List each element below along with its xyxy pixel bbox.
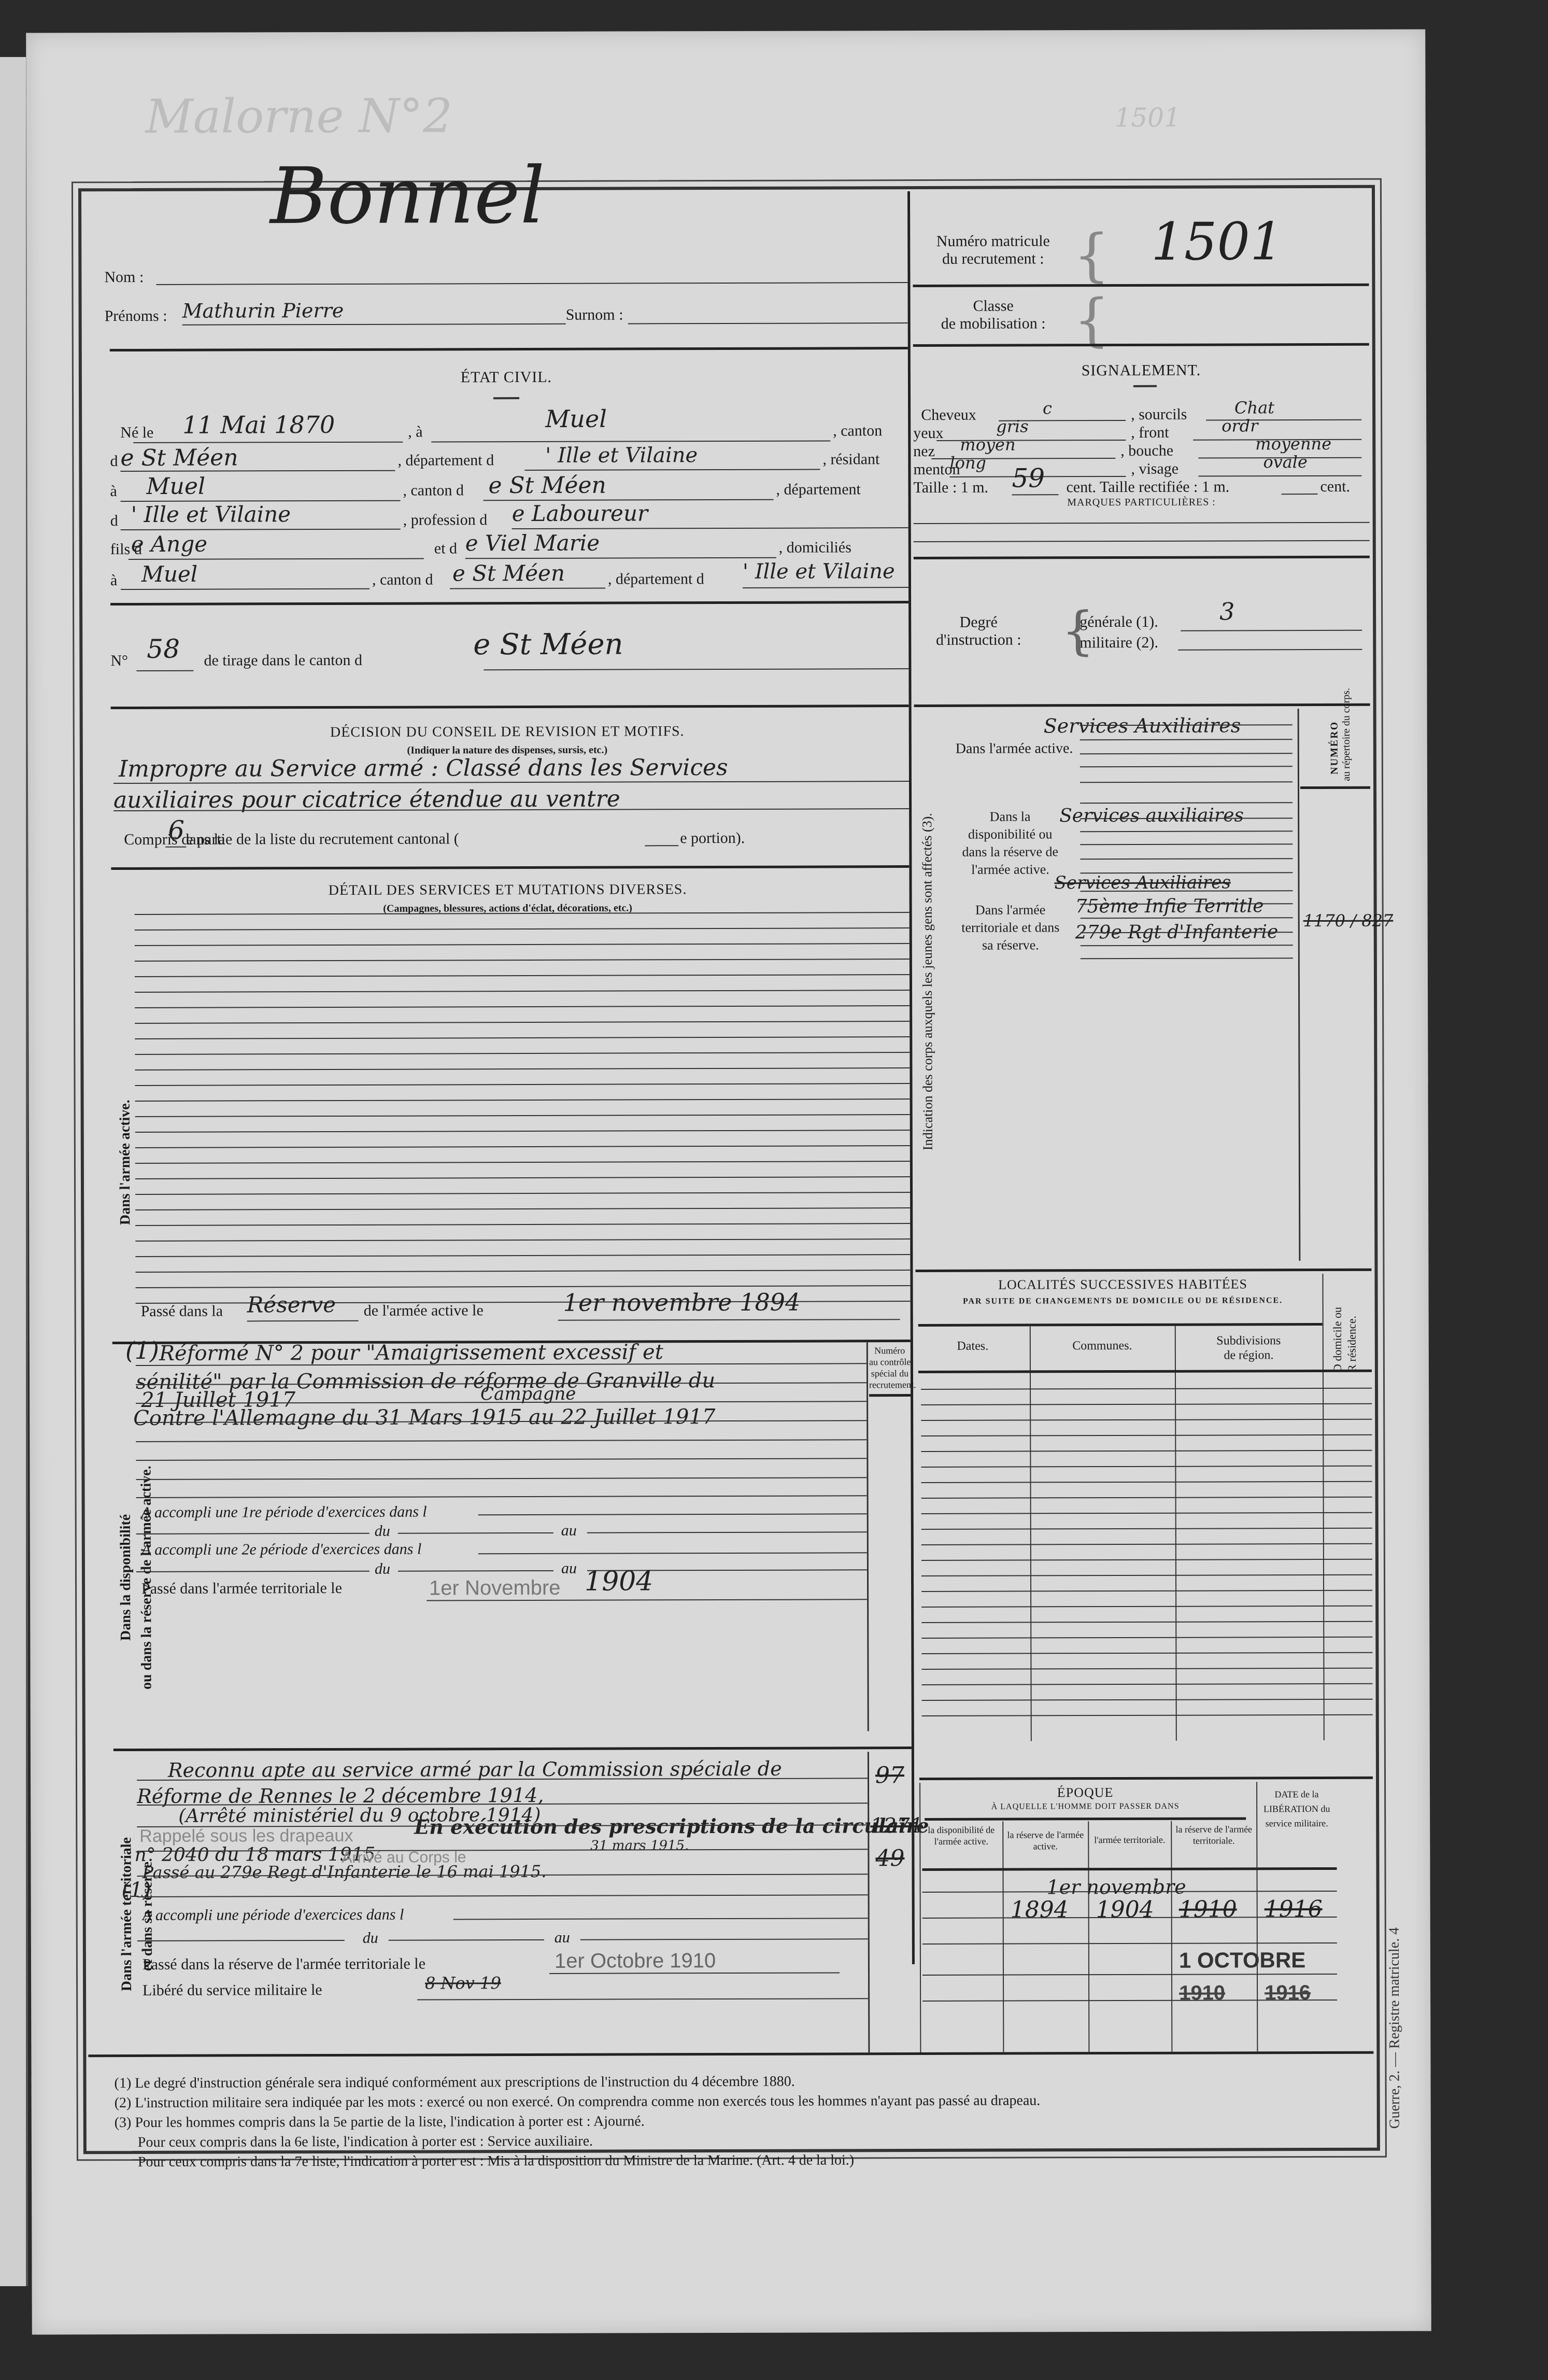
date-liberation-col: DATE de la LIBÉRATION du service militai… (1258, 1787, 1336, 1830)
passe-reserve-territoriale-label: Passé dans la réserve de l'armée territo… (143, 1955, 425, 1974)
canton-label: , canton (833, 422, 882, 440)
col-domicile-residence: D domicile ou R résidence. (1330, 1279, 1359, 1372)
title-rule (493, 397, 519, 399)
au-label: au (561, 1522, 577, 1540)
col-subdivisions-line1: Subdivisions (1177, 1333, 1320, 1348)
col-communes: Communes. (1032, 1339, 1172, 1354)
periode1-label: A accompli une 1re période d'exercices d… (141, 1503, 427, 1522)
bouche-value: moyenne (1255, 434, 1331, 454)
localites-subtitle: PAR SUITE DE CHANGEMENTS DE DOMICILE OU … (916, 1296, 1330, 1306)
au-label: au (561, 1560, 577, 1578)
epoque-year-reserve-active: 1894 (1011, 1896, 1069, 1923)
tirage-canton-value: e St Méen (473, 628, 623, 662)
mere-value: e Viel Marie (465, 530, 600, 556)
lieu-naissance-value: Muel (545, 405, 607, 433)
numero-controle-label: Numéro au contrôle spécial du recrutemen… (869, 1345, 911, 1390)
front-value: ordr (1222, 416, 1258, 435)
instruction-generale-value: 3 (1219, 597, 1234, 625)
side-label-line1: Dans la disponibilité (118, 1514, 134, 1641)
disponibilite-line-4: Contre l'Allemagne du 31 Mars 1915 au 22… (133, 1405, 715, 1430)
col-subdivisions-line2: de région. (1177, 1348, 1320, 1363)
registre-matricule-margin: Guerre, 2. — Registre matricule. 4 (1386, 1766, 1403, 2129)
au-label: au (555, 1929, 570, 1947)
degre-label-line1: Degré (919, 613, 1038, 631)
numero-controle-line3: spécial du (869, 1368, 911, 1379)
brace: { (1073, 222, 1110, 288)
territoriale-marker: (1) (122, 1878, 151, 1902)
territoriale-line-6: Passé au 279e Regt d'Infanterie le 16 ma… (142, 1862, 546, 1882)
disponibilite-marker: (1) (125, 1336, 159, 1364)
yeux-value: gris (996, 416, 1029, 436)
compris-suffix: e partie de la liste du recrutement cant… (186, 830, 459, 848)
footnote-2: (2) L'instruction militaire sera indiqué… (115, 2092, 1041, 2111)
register-sheet: Malorne N°2 1501 Bonnel Nom : Prénoms : … (26, 29, 1431, 2334)
side-label-line2: ou dans la réserve de l'armée active. (138, 1466, 154, 1689)
footnote-4: Pour ceux compris dans la 6e liste, l'in… (138, 2133, 593, 2151)
passe-territoriale-stamp: 1er Novembre (429, 1576, 561, 1600)
periode-label: A accompli une période d'exercices dans … (143, 1906, 404, 1924)
classe-label-line2: de mobilisation : (913, 315, 1074, 333)
departement-value: ' Ille et Vilaine (545, 443, 698, 468)
epoque-col-reserve-territoriale: la réserve de l'armée territoriale. (1172, 1823, 1255, 1846)
epoque-year-territoriale: 1904 (1096, 1896, 1154, 1923)
epoque-stamp-year-4: 1910 (1179, 1981, 1225, 2005)
etat-civil-title: ÉTAT CIVIL. (105, 368, 908, 387)
sourcils-value: Chat (1234, 398, 1274, 417)
visage-value: ovale (1263, 452, 1308, 472)
epoque-handwritten-day: 1er novembre (1047, 1876, 1186, 1899)
affectation-dispo-value: Services auxiliaires (1059, 805, 1244, 826)
passe-territoriale-label: Passé dans l'armée territoriale le (141, 1580, 342, 1598)
departement-label: , département d (608, 570, 704, 588)
epoque-stamp-year-5: 1916 (1265, 1981, 1311, 2005)
cheveux-label: Cheveux (921, 406, 976, 424)
surnom-label: Surnom : (566, 306, 623, 324)
pere-value: e Ange (131, 531, 207, 557)
numero-controle-line2: au contrôle (869, 1356, 911, 1368)
faint-pencil-note: Malorne N°2 (145, 89, 452, 144)
title-rule (1133, 385, 1157, 387)
col-dates: Dates. (918, 1339, 1027, 1354)
periode2-label: A accompli une 2e période d'exercices da… (141, 1541, 422, 1559)
numero-matricule-label-line1: Numéro matricule (913, 232, 1073, 250)
nom-label: Nom : (104, 269, 144, 286)
facing-page-edge (0, 57, 28, 2286)
cheveux-value: c (1043, 398, 1052, 418)
numero-controle-line1: Numéro (869, 1345, 911, 1356)
territoriale-numero-2: 1271 (870, 1814, 923, 1838)
decision-title: DÉCISION DU CONSEIL DE REVISION ET MOTIF… (106, 723, 909, 741)
passe-reserve-suffix: de l'armée active le (364, 1302, 484, 1320)
underline (136, 670, 193, 671)
decision-line-1: Impropre au Service armé : Classé dans l… (119, 754, 728, 782)
services-title: DÉTAIL DES SERVICES ET MUTATIONS DIVERSE… (106, 881, 909, 899)
affectation-side-label: Indication des corps auxquels les jeunes… (919, 736, 936, 1150)
marques-particulieres-title: MARQUES PARTICULIÈRES : (914, 496, 1370, 509)
front-label: , front (1131, 424, 1169, 442)
underline (645, 845, 678, 846)
numero-rule (1300, 786, 1370, 789)
classe-mobilisation-label: Classe de mobilisation : (913, 297, 1074, 333)
a-label: à (110, 572, 117, 589)
underline (165, 847, 186, 848)
classe-label-line1: Classe (913, 297, 1074, 315)
passe-reserve-territoriale-value: 1er Octobre 1910 (555, 1949, 716, 1973)
domicilies-label: , domiciliés (779, 539, 851, 556)
brace: { (1073, 287, 1110, 353)
canton-value: e St Méen (120, 444, 238, 471)
residence-canton-value: e St Méen (488, 472, 606, 499)
tirage-label: de tirage dans le canton d (204, 652, 362, 670)
numero-controle-line4: recrutement. (869, 1379, 911, 1390)
ne-le-label: Né le (120, 424, 153, 442)
underline (1282, 494, 1318, 495)
col-dr-line2: R résidence. (1345, 1316, 1358, 1372)
residence-value: Muel (146, 473, 205, 500)
passe-reserve-date: 1er novembre 1894 (563, 1288, 801, 1317)
visage-label: , visage (1131, 460, 1178, 478)
passe-reserve-label: Passé dans la (141, 1303, 223, 1320)
footnote-1: (1) Le degré d'instruction générale sera… (115, 2074, 795, 2092)
d-label: d (110, 512, 118, 530)
rappele-stamp: Rappelé sous les drapeaux (139, 1826, 353, 1847)
parents-departement-value: ' Ille et Vilaine (743, 559, 895, 584)
numero-matricule-label-line2: du recrutement : (913, 250, 1073, 268)
epoque-stamp-date: 1 OCTOBRE (1179, 1948, 1305, 1973)
degre-instruction-label: Degré d'instruction : (919, 613, 1038, 649)
ne-le-value: 11 Mai 1870 (182, 411, 335, 439)
taille-rectifiee-label: cent. Taille rectifiée : 1 m. (1066, 478, 1229, 496)
parents-residence-value: Muel (141, 561, 197, 587)
du-label: du (375, 1560, 390, 1578)
territoriale-numero-3: 49 (875, 1845, 904, 1871)
underline (1012, 494, 1059, 495)
epoque-title: ÉPOQUE (919, 1784, 1251, 1801)
affectation-territoriale-line-1: 75ème Infie Territle (1075, 895, 1264, 917)
epoque-subtitle: À LAQUELLE L'HOMME DOIT PASSER DANS (919, 1801, 1251, 1812)
numero-header-2: au répertoire du corps. (1341, 688, 1352, 781)
faint-pencil-number: 1501 (1115, 103, 1181, 133)
numero-rule (869, 1394, 911, 1397)
degre-label-line2: d'instruction : (919, 631, 1038, 649)
signalement-title: SIGNALEMENT. (913, 361, 1369, 380)
libere-value: 8 Nov 19 (425, 1973, 501, 1993)
residence-departement-value: ' Ille et Vilaine (131, 501, 291, 527)
taille-label: Taille : 1 m. (913, 479, 988, 497)
affectation-dispo-label: Dans la disponibilité ou dans la réserve… (956, 808, 1064, 879)
nom-value: Bonnel (270, 151, 545, 242)
nez-label: nez (913, 443, 935, 460)
d-label: d (110, 453, 118, 470)
du-label: du (363, 1930, 378, 1947)
affectation-active-label: Dans l'armée active. (956, 740, 1064, 757)
epoque-col-territoriale: l'armée territoriale. (1089, 1834, 1170, 1846)
parents-canton-value: e St Méen (452, 560, 565, 586)
a-label: , à (408, 424, 422, 441)
libere-label: Libéré du service militaire le (143, 1981, 322, 1999)
instruction-generale-label: générale (1). (1080, 613, 1158, 631)
portion-label: e portion). (680, 829, 745, 847)
numero-repertoire-label: NUMÉRO au répertoire du corps. (1329, 714, 1353, 781)
col-dr-line1: D domicile ou (1331, 1307, 1344, 1372)
bouche-label: , bouche (1120, 442, 1173, 460)
passe-reserve-value: Réserve (247, 1292, 336, 1317)
compris-value: 6 (168, 815, 184, 846)
instruction-militaire-label: militaire (2). (1080, 634, 1158, 652)
canton-label: , canton d (403, 482, 464, 499)
canton-label: , canton d (372, 571, 433, 588)
footnote-5: Pour ceux compris dans la 7e liste, l'in… (138, 2152, 854, 2171)
departement-label: , département d (397, 452, 494, 469)
sourcils-label: , sourcils (1131, 406, 1187, 424)
territoriale-line-5-date: 31 mars 1915. (590, 1838, 689, 1853)
du-label: du (375, 1523, 390, 1540)
numero-matricule-label: Numéro matricule du recrutement : (913, 232, 1073, 268)
a-label: à (110, 483, 117, 500)
prenoms-label: Prénoms : (105, 307, 167, 325)
et-de-label: et d (434, 540, 457, 557)
footnote-3: (3) Pour les hommes compris dans la 5e p… (115, 2113, 645, 2131)
nez-value: moyen (960, 435, 1015, 455)
liberation-year: 1916 (1265, 1896, 1323, 1922)
col-subdivisions: Subdivisions de région. (1177, 1333, 1320, 1363)
menton-value: long (949, 453, 986, 473)
disponibilite-side-label: Dans la disponibilité ou dans la réserve… (115, 1412, 158, 1743)
side-label-line1: Dans l'armée territoriale (118, 1838, 135, 1992)
residant-label: , résidant (822, 450, 879, 468)
passe-territoriale-year: 1904 (585, 1566, 654, 1597)
affectation-territoriale-label: Dans l'armée territoriale et dans sa rés… (956, 901, 1065, 954)
epoque-year-reserve-territoriale: 1910 (1179, 1896, 1237, 1922)
territoriale-numero-1: 97 (875, 1762, 904, 1788)
prenoms-value: Mathurin Pierre (182, 299, 344, 322)
numero-tirage-label: N° (110, 652, 128, 670)
profession-value: e Laboureur (512, 500, 648, 526)
departement-label: , département (776, 481, 860, 498)
epoque-col-disponibilite: la disponibilité de l'armée active. (921, 1824, 1001, 1847)
profession-label: , profession d (403, 511, 488, 529)
numero-matricule-value: 1501 (1151, 211, 1283, 272)
active-side-label: Dans l'armée active. (117, 1018, 134, 1225)
taille-value: 59 (1012, 463, 1045, 493)
localites-title: LOCALITÉS SUCCESSIVES HABITÉES (915, 1276, 1330, 1293)
numero-tirage-value: 58 (147, 634, 180, 664)
affectation-territoriale-numero: 1170 / 827 (1303, 911, 1394, 931)
numero-header-1: NUMÉRO (1329, 721, 1340, 774)
disponibilite-line-1: Réformé N° 2 pour "Amaigrissement excess… (159, 1340, 663, 1365)
cent-label: cent. (1320, 478, 1350, 496)
epoque-col-reserve-active: la réserve de l'armée active. (1004, 1829, 1087, 1852)
